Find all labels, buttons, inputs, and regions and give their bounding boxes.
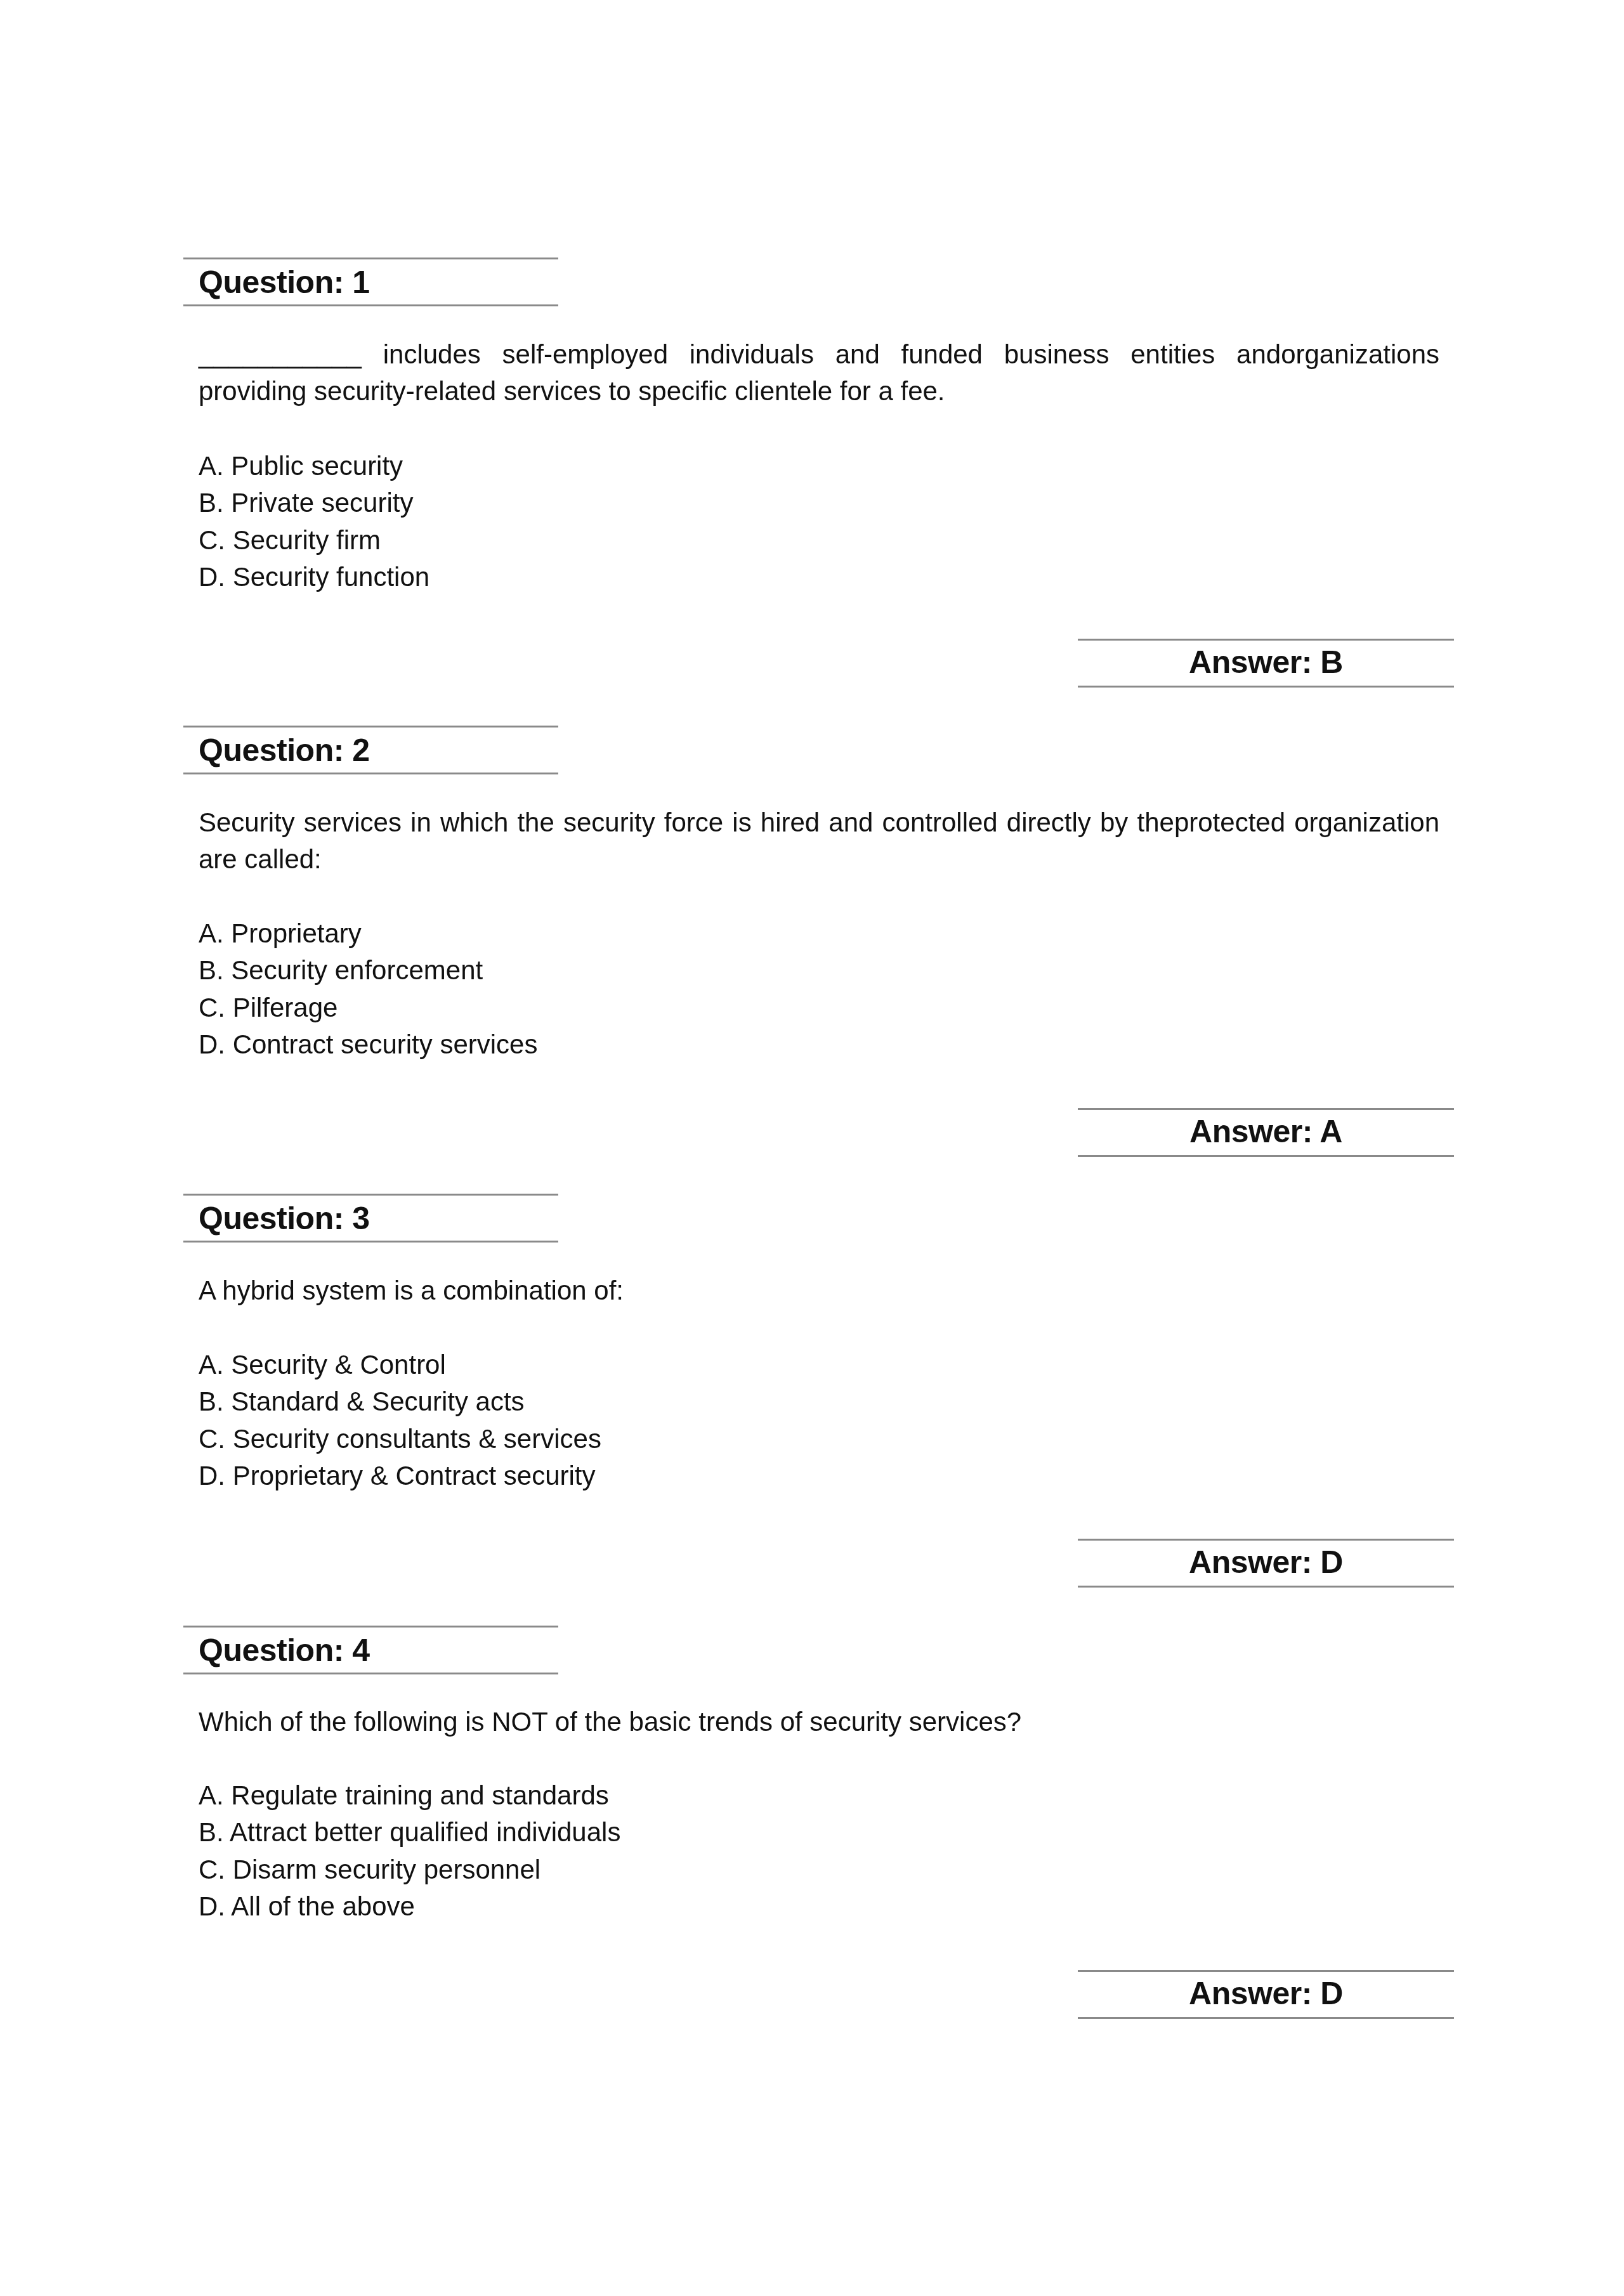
question-title: Question: 2 [199, 731, 370, 769]
option-b: B. Standard & Security acts [199, 1383, 601, 1420]
option-c: C. Pilferage [199, 989, 537, 1026]
answer-label: Answer: D [1078, 1541, 1454, 1584]
option-c: C. Security firm [199, 522, 429, 559]
option-d: D. Proprietary & Contract security [199, 1458, 601, 1494]
option-b: B. Private security [199, 485, 429, 521]
question-3-header: Question: 3 [183, 1194, 558, 1243]
option-b: B. Security enforcement [199, 952, 537, 989]
question-4-header: Question: 4 [183, 1626, 558, 1674]
option-a: A. Public security [199, 448, 429, 485]
question-4-text: Which of the following is NOT of the bas… [199, 1704, 1439, 1740]
question-2-answer: Answer: A [1078, 1108, 1454, 1157]
option-a: A. Proprietary [199, 915, 537, 952]
question-4-options: A. Regulate training and standards B. At… [199, 1777, 620, 1925]
option-a: A. Regulate training and standards [199, 1777, 620, 1814]
option-d: D. Security function [199, 559, 429, 596]
question-title: Question: 4 [199, 1631, 370, 1669]
question-title: Question: 1 [199, 263, 370, 301]
question-1-text: ___________ includes self-employed indiv… [199, 336, 1439, 410]
question-3-text: A hybrid system is a combination of: [199, 1272, 1439, 1309]
option-a: A. Security & Control [199, 1347, 601, 1383]
option-b: B. Attract better qualified individuals [199, 1814, 620, 1851]
question-2-header: Question: 2 [183, 726, 558, 774]
question-1-header: Question: 1 [183, 258, 558, 306]
option-c: C. Disarm security personnel [199, 1851, 620, 1888]
question-4-answer: Answer: D [1078, 1970, 1454, 2019]
option-d: D. Contract security services [199, 1026, 537, 1063]
question-1-options: A. Public security B. Private security C… [199, 448, 429, 596]
question-title: Question: 3 [199, 1199, 370, 1237]
question-2-options: A. Proprietary B. Security enforcement C… [199, 915, 537, 1063]
answer-label: Answer: B [1078, 641, 1454, 684]
option-d: D. All of the above [199, 1888, 620, 1925]
answer-label: Answer: D [1078, 1972, 1454, 2015]
question-2-text: Security services in which the security … [199, 804, 1439, 878]
answer-label: Answer: A [1078, 1110, 1454, 1153]
question-3-options: A. Security & Control B. Standard & Secu… [199, 1347, 601, 1494]
question-3-answer: Answer: D [1078, 1539, 1454, 1588]
question-1-answer: Answer: B [1078, 639, 1454, 688]
option-c: C. Security consultants & services [199, 1421, 601, 1458]
